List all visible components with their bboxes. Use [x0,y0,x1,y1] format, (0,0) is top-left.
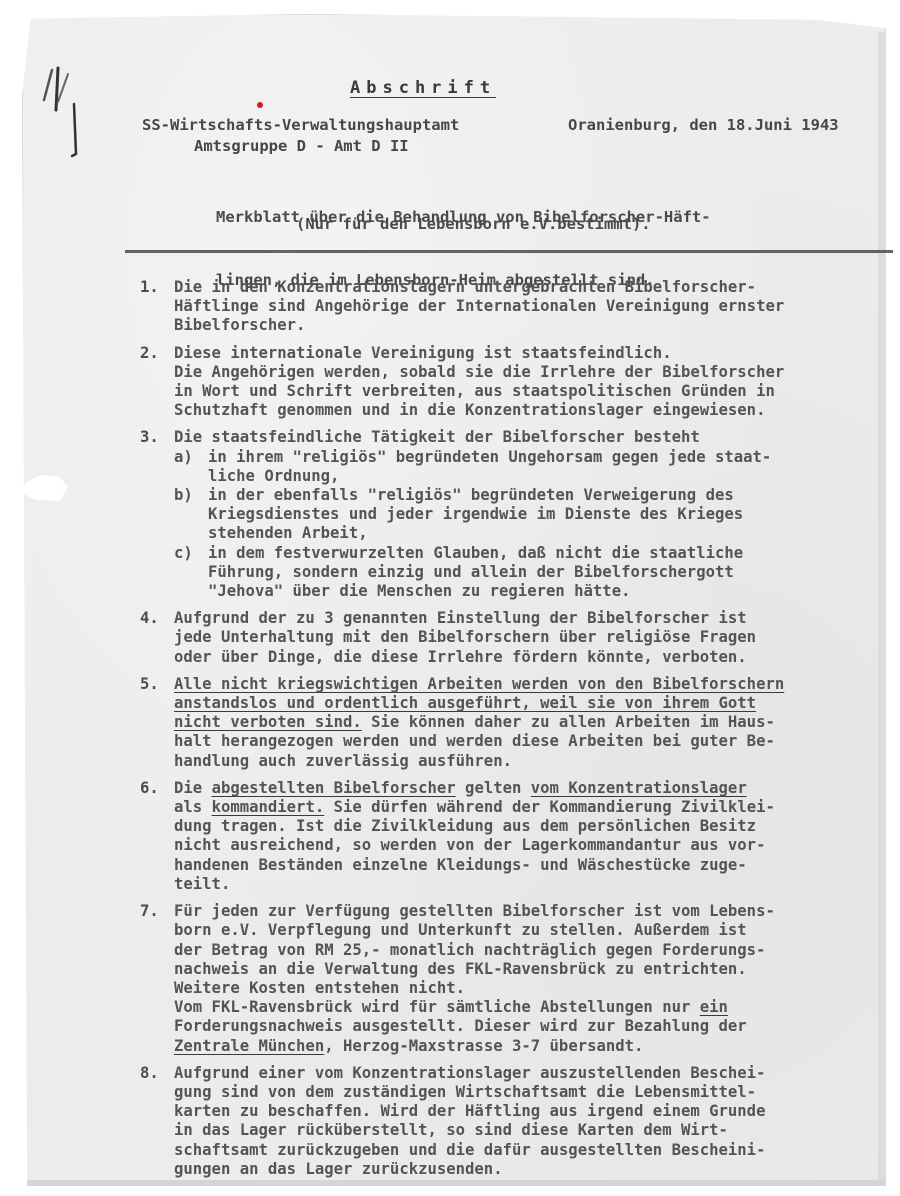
sub-item-a: a) in ihrem "religiös" begründeten Ungeh… [174,448,892,486]
text-line: Vom FKL-Ravensbrück wird für sämtliche A… [174,998,892,1017]
text-line: jede Unterhaltung mit den Bibelforschern… [174,628,892,647]
paragraph-number: 1. [140,278,174,336]
text-line: schaftsamt zurückzugeben und die dafür a… [174,1141,892,1160]
paragraph-number: 8. [140,1064,174,1179]
sub-item-text: in der ebenfalls "religiös" begründeten … [208,486,892,544]
sub-item-label: c) [174,544,208,602]
sub-item-text: in ihrem "religiös" begründeten Ungehors… [208,448,892,486]
paragraph-3: 3. Die staatsfeindliche Tätigkeit der Bi… [140,428,892,601]
text-line: in der ebenfalls "religiös" begründeten … [208,486,892,505]
text-segment: Sie können daher zu allen Arbeiten im Ha… [362,713,775,731]
text-segment: gelten [456,779,531,797]
text-line: in dem festverwurzelten Glauben, daß nic… [208,544,892,563]
text-line: nachweis an die Verwaltung des FKL-Raven… [174,960,892,979]
text-line: gung sind von dem zuständigen Wirtschaft… [174,1083,892,1102]
text-line: nicht ausreichend, so werden von der Lag… [174,836,892,855]
issuing-organization: SS-Wirtschafts-Verwaltungshauptamt [142,116,459,134]
sub-item-text: in dem festverwurzelten Glauben, daß nic… [208,544,892,602]
text-segment: als [174,798,212,816]
distribution-note: (Nur für den Lebensborn e.V.bestimmt). [296,215,651,233]
underlined-text: ein [700,998,728,1016]
paragraph-number: 2. [140,344,174,421]
red-mark [257,102,263,108]
paragraph-number: 5. [140,675,174,771]
text-line: als kommandiert. Sie dürfen während der … [174,798,892,817]
paragraph-body: Die staatsfeindliche Tätigkeit der Bibel… [174,428,892,601]
header-divider [125,250,893,253]
paragraph-body: Aufgrund einer vom Konzentrationslager a… [174,1064,892,1179]
text-segment: Die [174,779,212,797]
text-line: handenen Beständen einzelne Kleidungs- u… [174,856,892,875]
text-line: Schutzhaft genommen und in die Konzentra… [174,401,892,420]
text-segment: , Herzog-Maxstrasse 3-7 übersandt. [324,1037,643,1055]
paragraph-5: 5. Alle nicht kriegswichtigen Arbeiten w… [140,675,892,771]
underlined-text: vom Konzentrationslager [531,779,747,797]
text-line: Diese internationale Vereinigung ist sta… [174,344,892,363]
paragraph-number: 4. [140,609,174,667]
text-line: handlung auch zuverlässig ausführen. [174,752,892,771]
text-line: Die Angehörigen werden, sobald sie die I… [174,363,892,382]
text-line: gungen an das Lager zurückzusenden. [174,1160,892,1179]
text-line: Aufgrund der zu 3 genannten Einstellung … [174,609,892,628]
paragraph-4: 4. Aufgrund der zu 3 genannten Einstellu… [140,609,892,667]
paragraph-2: 2. Diese internationale Vereinigung ist … [140,344,892,421]
text-line: Kriegsdienstes und jeder irgendwie im Di… [208,505,892,524]
underlined-text: nicht verboten sind. [174,713,362,731]
text-segment: Sie dürfen während der Kommandierung Ziv… [324,798,775,816]
underlined-text: abgestellten Bibelforscher [212,779,456,797]
underlined-text: anstandslos und ordentlich ausgeführt, w… [174,694,756,712]
paragraph-number: 3. [140,428,174,601]
text-line: Führung, sondern einzig und allein der B… [208,563,892,582]
paragraph-6: 6. Die abgestellten Bibelforscher gelten… [140,779,892,894]
paragraph-number: 6. [140,779,174,894]
sub-item-label: a) [174,448,208,486]
text-line: der Betrag von RM 25,- monatlich nachträ… [174,941,892,960]
text-line: teilt. [174,875,892,894]
numbered-paragraphs: 1. Die in den Konzentrationslagern unter… [140,278,892,1187]
text-line: born e.V. Verpflegung und Unterkunft zu … [174,921,892,940]
text-line: Zentrale München, Herzog-Maxstrasse 3-7 … [174,1037,892,1056]
text-line: liche Ordnung, [208,467,892,486]
sub-item-label: b) [174,486,208,544]
text-line: stehenden Arbeit, [208,524,892,543]
underlined-text: kommandiert. [212,798,325,816]
text-line: in das Lager rücküberstellt, so sind die… [174,1121,892,1140]
place-and-date: Oranienburg, den 18.Juni 1943 [568,116,839,134]
underlined-text: Alle nicht kriegswichtigen Arbeiten werd… [174,675,784,693]
text-line: dung tragen. Ist die Zivilkleidung aus d… [174,817,892,836]
text-line: Häftlinge sind Angehörige der Internatio… [174,297,892,316]
text-line: Die staatsfeindliche Tätigkeit der Bibel… [174,428,892,447]
text-line: Die in den Konzentrationslagern untergeb… [174,278,892,297]
handwritten-initials-icon [38,62,88,162]
paragraph-body: Die abgestellten Bibelforscher gelten vo… [174,779,892,894]
text-line: Für jeden zur Verfügung gestellten Bibel… [174,902,892,921]
text-line: Weitere Kosten entstehen nicht. [174,979,892,998]
paragraph-7: 7. Für jeden zur Verfügung gestellten Bi… [140,902,892,1056]
text-line: Alle nicht kriegswichtigen Arbeiten werd… [174,675,892,694]
underlined-text: Zentrale München [174,1037,324,1055]
text-line: anstandslos und ordentlich ausgeführt, w… [174,694,892,713]
document-title: Abschrift [350,78,496,98]
text-line: Forderungsnachweis ausgestellt. Dieser w… [174,1017,892,1036]
text-line: "Jehova" über die Menschen zu regieren h… [208,582,892,601]
paragraph-body: Für jeden zur Verfügung gestellten Bibel… [174,902,892,1056]
text-segment: Vom FKL-Ravensbrück wird für sämtliche A… [174,998,700,1016]
text-line: Bibelforscher. [174,316,892,335]
issuing-department: Amtsgruppe D - Amt D II [194,137,409,155]
paragraph-1: 1. Die in den Konzentrationslagern unter… [140,278,892,336]
text-line: Aufgrund einer vom Konzentrationslager a… [174,1064,892,1083]
paragraph-body: Die in den Konzentrationslagern untergeb… [174,278,892,336]
text-line: in Wort und Schrift verbreiten, aus staa… [174,382,892,401]
text-line: halt herangezogen werden und werden dies… [174,732,892,751]
paragraph-body: Aufgrund der zu 3 genannten Einstellung … [174,609,892,667]
paragraph-body: Alle nicht kriegswichtigen Arbeiten werd… [174,675,892,771]
text-line: oder über Dinge, die diese Irrlehre förd… [174,648,892,667]
text-line: nicht verboten sind. Sie können daher zu… [174,713,892,732]
paragraph-number: 7. [140,902,174,1056]
text-line: karten zu beschaffen. Wird der Häftling … [174,1102,892,1121]
sub-item-c: c) in dem festverwurzelten Glauben, daß … [174,544,892,602]
text-line: Die abgestellten Bibelforscher gelten vo… [174,779,892,798]
paragraph-8: 8. Aufgrund einer vom Konzentrationslage… [140,1064,892,1179]
text-line: in ihrem "religiös" begründeten Ungehors… [208,448,892,467]
paragraph-body: Diese internationale Vereinigung ist sta… [174,344,892,421]
sub-item-b: b) in der ebenfalls "religiös" begründet… [174,486,892,544]
